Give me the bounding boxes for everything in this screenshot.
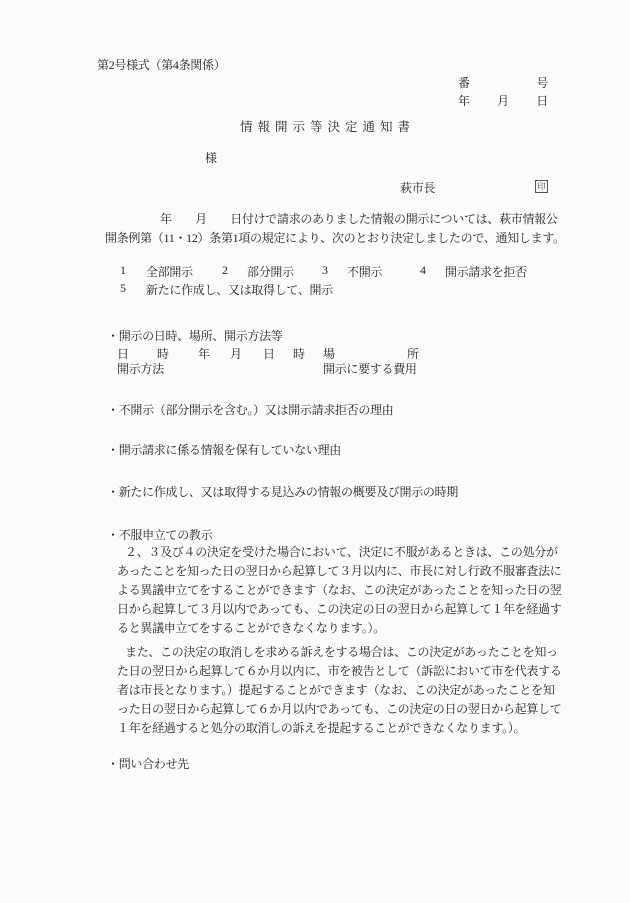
disclosure-datetime-row: 日 時 年 月 日 時 場 所	[117, 345, 577, 360]
appeal-paragraph2-line: 者は市長となります。）提起することができます（なお、この決定があったことを知	[117, 683, 555, 698]
document-title: 情報開示等決定通知書	[240, 120, 415, 135]
contact-heading: ・問い合わせ先	[107, 757, 189, 772]
decision-option-number: 1	[120, 263, 126, 278]
official-seal-mark: 印	[535, 180, 548, 193]
year-label: 年	[458, 94, 470, 109]
number-suffix-label: 号	[536, 76, 548, 91]
document-number-line: 番 号	[458, 76, 548, 91]
disclosure-section-heading: ・開示の日時、場所、開示方法等	[107, 329, 283, 344]
decision-options-row-2: 5 新たに作成し、又は取得して、開示	[120, 281, 540, 296]
appeal-paragraph1-line: ると異議申立てをすることができなくなります。）。	[117, 621, 385, 636]
appeal-paragraph2-line: １年を経過すると処分の取消しの訴えを提起することができなくなります。）。	[117, 721, 525, 736]
decision-option-label: 開示請求を拒否	[445, 263, 527, 280]
day-label: 日	[536, 94, 548, 109]
decision-option-label: 部分開示	[247, 263, 294, 280]
decision-option-label: 新たに作成し、又は取得して、開示	[146, 281, 333, 298]
new-creation-heading: ・新たに作成し、又は取得する見込みの情報の概要及び開示の時期	[107, 485, 458, 500]
method-label: 開示方法	[117, 360, 164, 377]
nondisclosure-reason-heading: ・不開示（部分開示を含む。）又は開示請求拒否の理由	[107, 403, 394, 418]
decision-option-number: 5	[120, 281, 126, 296]
intro-paragraph-line-1: 年 月 日付けで請求のありました情報の開示については、萩市情報公	[160, 212, 558, 227]
disclosure-method-row: 開示方法 開示に要する費用	[117, 360, 577, 375]
number-label: 番	[458, 76, 470, 91]
appeal-paragraph1-line: ２、３及び４の決定を受けた場合において、決定に不服があるときは、この処分が	[125, 545, 558, 560]
appeal-paragraph1-line: あったことを知った日の翌日から起算して３月以内に、市長に対し行政不服審査法に	[117, 564, 561, 579]
appeal-paragraph1-line: よる異議申立てをすることができます（なお、この決定があったことを知った日の翌	[117, 583, 561, 598]
appeal-instruction-heading: ・不服申立ての教示	[107, 528, 212, 543]
not-held-reason-heading: ・開示請求に係る情報を保有していない理由	[107, 443, 341, 458]
notice-document-page: 第2号様式（第4条関係） 番 号 年 月 日 情報開示等決定通知書 様 萩市長 …	[0, 0, 630, 903]
issuer-name: 萩市長	[400, 181, 435, 196]
decision-option-number: 3	[322, 263, 328, 278]
intro-paragraph-line-2: 開条例第（11・12）条第1項の規定により、次のとおり決定しましたので、通知しま…	[105, 231, 565, 246]
decision-option-number: 2	[222, 263, 228, 278]
addressee-suffix: 様	[205, 151, 217, 166]
decision-option-label: 全部開示	[146, 263, 193, 280]
decision-option-label: 不開示	[347, 263, 382, 280]
fee-label: 開示に要する費用	[323, 360, 417, 377]
month-label: 月	[497, 94, 509, 109]
decision-options-row-1: 1 全部開示 2 部分開示 3 不開示 4 開示請求を拒否	[120, 263, 540, 278]
appeal-paragraph2-line: た日の翌日から起算して６か月以内に、市を被告として（訴訟において市を代表する	[117, 664, 562, 679]
appeal-paragraph1-line: 日から起算して３月以内であっても、この決定の日の翌日から起算して１年を経過す	[117, 602, 561, 617]
appeal-paragraph2-line: また、この決定の取消しを求める訴えをする場合は、この決定があったことを知っ	[125, 645, 558, 660]
document-date-line: 年 月 日	[458, 94, 548, 109]
form-number-label: 第2号様式（第4条関係）	[97, 58, 225, 73]
decision-option-number: 4	[420, 263, 426, 278]
appeal-paragraph2-line: った日の翌日から起算して６か月以内であっても、この決定の日の翌日から起算して	[117, 702, 561, 717]
